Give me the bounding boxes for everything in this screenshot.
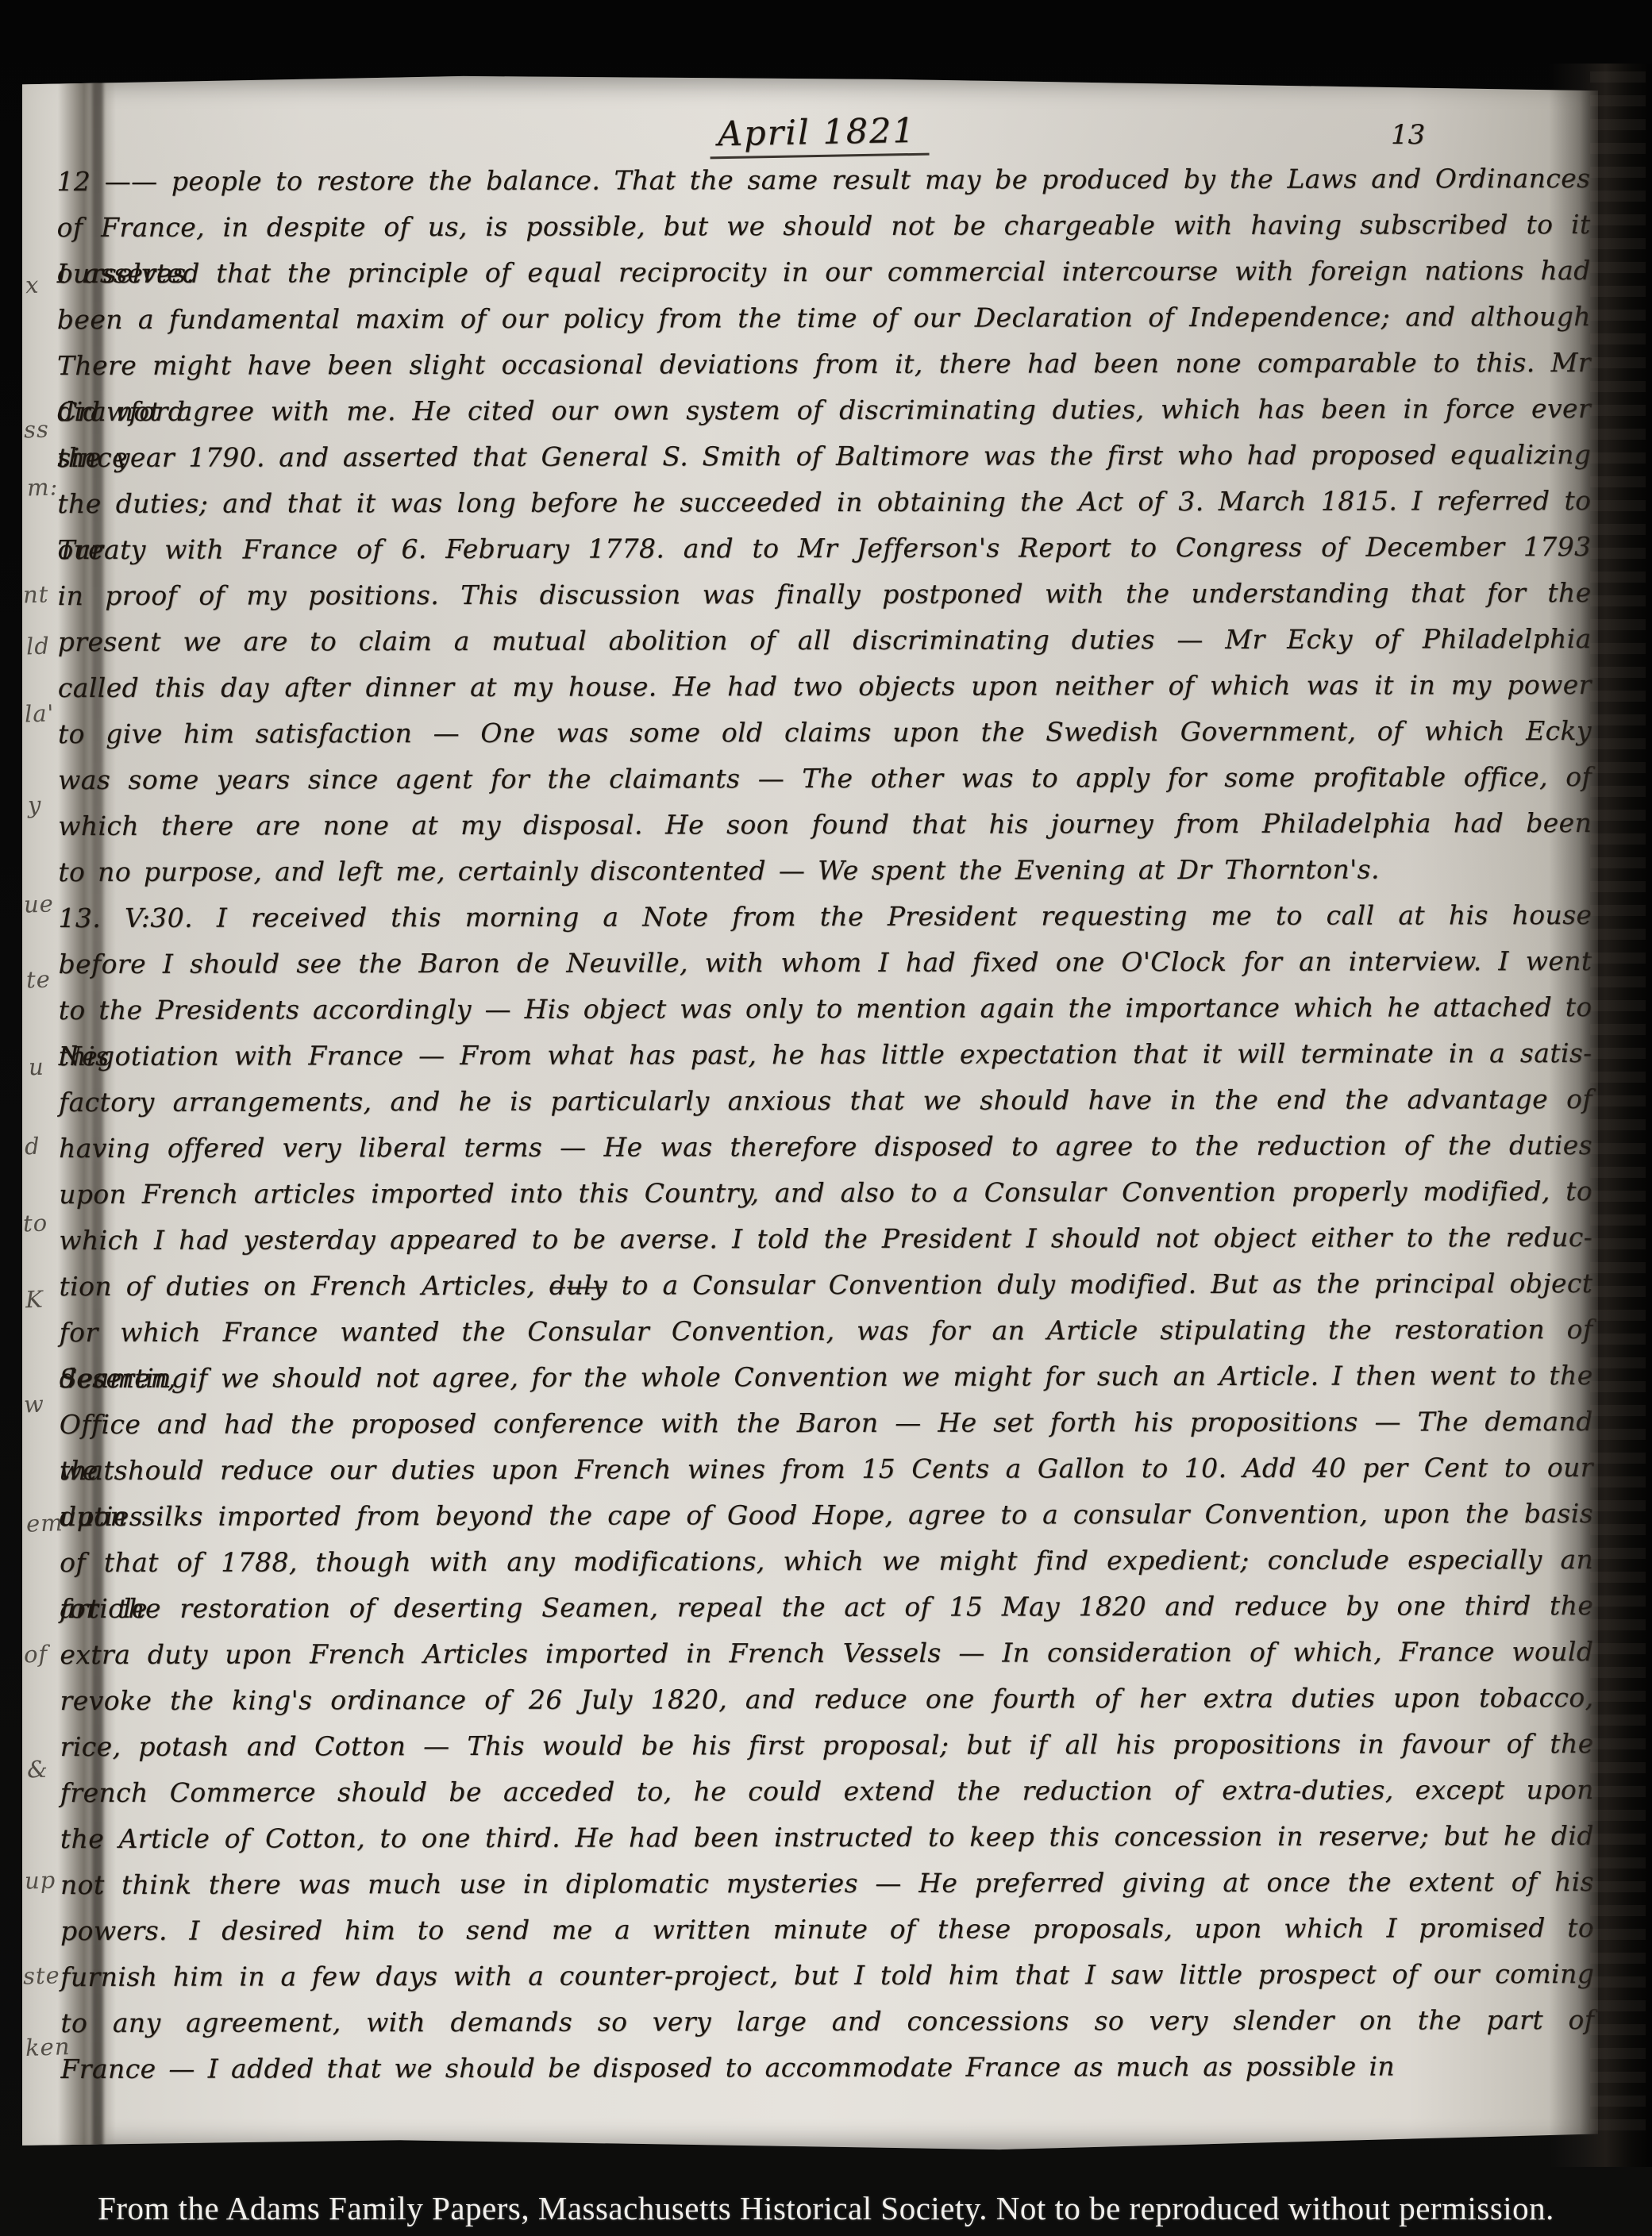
manuscript-line: of France, in despite of us, is possible… [57,202,1591,251]
page-edge-fragment: & [26,1756,48,1784]
page-edge-fragment: to [22,1209,48,1237]
page-edge-fragment: te [25,965,51,993]
page-edge-fragment: em [25,1509,64,1537]
manuscript-line: to no purpose, and left me, certainly di… [58,846,1592,895]
manuscript-line: which there are none at my disposal. He … [58,800,1592,849]
page-edge-fragment: u [28,1053,44,1081]
manuscript-line: extra duty upon French Articles imported… [60,1629,1593,1678]
manuscript-line: before I should see the Baron de Neuvill… [59,938,1592,987]
paper-sheet: x ss m: nt ld la' y ue te u d to K w em … [22,73,1598,2153]
manuscript-line: of that of 1788, though with any modific… [60,1537,1593,1586]
manuscript-line: Treaty with France of 6. February 1778. … [57,524,1591,573]
manuscript-line: been a fundamental maxim of our policy f… [57,294,1591,343]
date-heading: April 1821 [710,111,930,160]
manuscript-line: was some years since agent for the claim… [58,754,1592,803]
manuscript-line: Negotiation with France — From what has … [59,1030,1592,1080]
manuscript-line: revoke the king's ordinance of 26 July 1… [60,1675,1593,1724]
manuscript-line: called this day after dinner at my house… [58,662,1592,711]
page-edge-fragment: up [24,1866,56,1894]
page-edge-fragment: y [27,791,42,819]
archive-credit-line: From the Adams Family Papers, Massachuse… [0,2184,1652,2232]
scanned-manuscript-page: x ss m: nt ld la' y ue te u d to K w em … [0,0,1652,2236]
manuscript-line: the Article of Cotton, to one third. He … [60,1813,1594,1862]
page-edge-fragment: of [23,1640,48,1668]
manuscript-line: for the restoration of deserting Seamen,… [60,1583,1593,1632]
manuscript-line-entry-start: 13. V:30. I received this morning a Note… [58,892,1592,941]
manuscript-line: for which France wanted the Consular Con… [59,1307,1592,1356]
manuscript-text-block: 12 —— people to restore the balance. Tha… [56,156,1594,2092]
manuscript-line: upon French articles imported into this … [59,1168,1592,1218]
manuscript-line: having offered very liberal terms — He w… [59,1122,1592,1172]
page-edge-fragment: m: [26,473,58,501]
manuscript-line: furnish him in a few days with a counter… [60,1951,1594,2000]
manuscript-line: the duties; and that it was long before … [57,478,1591,527]
page-edge-fragment: x [25,271,40,299]
manuscript-line: we should reduce our duties upon French … [60,1445,1593,1494]
page-edge-fragment: ue [23,890,54,918]
manuscript-line: upon silks imported from beyond the cape… [60,1491,1593,1540]
page-edge-fragment: la' [24,699,55,727]
manuscript-line: not think there was much use in diplomat… [60,1859,1594,1908]
manuscript-line: to give him satisfaction — One was some … [58,708,1592,757]
manuscript-line: powers. I desired him to send me a writt… [60,1905,1594,1954]
manuscript-line: in proof of my positions. This discussio… [58,570,1592,619]
manuscript-line: the year 1790. and asserted that General… [57,432,1591,481]
manuscript-line: rice, potash and Cotton — This would be … [60,1721,1594,1770]
page-number: 13 [1391,119,1425,151]
page-edge-fragment: ss [23,415,49,443]
manuscript-line: tion of duties on French Articles, d̶u̶l… [59,1260,1592,1310]
page-edge-fragment: ld [25,632,50,660]
manuscript-line: to any agreement, with demands so very l… [60,1997,1594,2046]
manuscript-line: 12 —— people to restore the balance. Tha… [56,156,1590,205]
page-edge-fragment: nt [22,580,49,608]
manuscript-line: There might have been slight occasional … [57,340,1591,389]
page-edge-fragment: w [23,1391,44,1418]
book-spine-texture [1590,71,1646,2143]
manuscript-line: Office and had the proposed conference w… [60,1399,1593,1448]
manuscript-line: did not agree with me. He cited our own … [57,386,1591,435]
manuscript-line: Seamen, if we should not agree, for the … [60,1353,1593,1402]
manuscript-line: present we are to claim a mutual aboliti… [58,616,1592,665]
page-edge-fragment: ste [22,1961,60,1990]
manuscript-line: to the Presidents accordingly — His obje… [59,984,1592,1033]
manuscript-line: french Commerce should be acceded to, he… [60,1767,1594,1816]
manuscript-line: factory arrangements, and he is particul… [59,1076,1592,1126]
page-edge-fragment: d [24,1133,40,1160]
page-edge-fragment: K [25,1286,44,1314]
manuscript-line: which I had yesterday appeared to be ave… [59,1214,1592,1264]
manuscript-line: France — I added that we should be dispo… [60,2043,1594,2092]
manuscript-line: I asserted that the principle of equal r… [57,248,1591,297]
